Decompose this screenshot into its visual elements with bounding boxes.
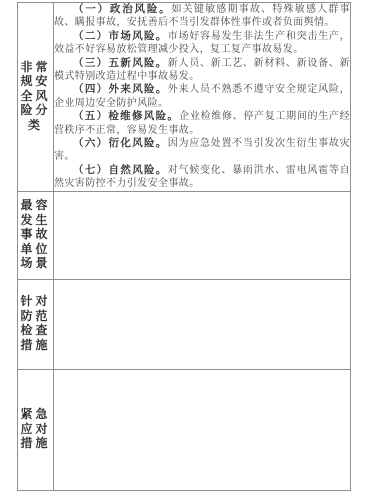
header-cell-risk-classification: 非常规安全风险分类 [18,3,54,192]
risk-paragraph: （四）外来风险。外来人员不熟悉不遵守安全规定风险，企业周边安全防护风险。 [54,83,350,110]
risk-form-table: 非常规安全风险分类 （一）政治风险。如关键敏感期事故、特殊敏感人群事故、瞒报事故… [17,2,351,491]
risk-title: （七）自然风险。 [73,165,168,176]
risk-paragraph: （六）衍化风险。因为应急处置不当引发次生衍生事故灾害。 [54,137,350,164]
risk-title: （二）市场风险。 [73,31,168,42]
risk-title: （四）外来风险。 [73,84,168,95]
risk-paragraph: （七）自然风险。对气候变化、暴雨洪水、雷电风雹等自然灾害防控不力引发安全事故。 [54,164,350,191]
risk-title: （一）政治风险。 [73,4,171,15]
row-header-accident-scenarios: 最容发生事故单位场景 [21,198,51,271]
risk-paragraph: （一）政治风险。如关键敏感期事故、特殊敏感人群事故、瞒报事故，安抚善后不当引发群… [54,3,350,30]
risk-paragraph: （三）五新风险。新人员、新工艺、新材料、新设备、新模式特别改造过程中事故易发。 [54,57,350,84]
header-cell-accident-scenarios: 最容发生事故单位场景 [18,191,54,279]
table-row-risk-classification: 非常规安全风险分类 （一）政治风险。如关键敏感期事故、特殊敏感人群事故、瞒报事故… [18,3,351,192]
risk-title: （五）检维修风险。 [73,111,179,122]
emergency-response-empty-cell [54,369,351,490]
accident-scenarios-empty-cell [54,191,351,279]
table-row-accident-scenarios: 最容发生事故单位场景 [18,191,351,279]
row-header-emergency-response: 紧急应对措施 [21,407,51,451]
risk-title: （三）五新风险。 [73,58,168,69]
row-header-risk-classification: 非常规安全风险分类 [21,60,51,133]
header-cell-prevention-inspection: 针对防范检查措施 [18,279,54,369]
table-row-emergency-response: 紧急应对措施 [18,369,351,490]
prevention-inspection-empty-cell [54,279,351,369]
risk-paragraph: （五）检维修风险。企业检维修、停产复工期间的生产经营秩序不正常，容易发生事故。 [54,110,350,137]
row-header-prevention-inspection: 针对防范检查措施 [21,294,51,352]
risk-classification-content-cell: （一）政治风险。如关键敏感期事故、特殊敏感人群事故、瞒报事故，安抚善后不当引发群… [54,3,351,192]
table-row-prevention-inspection: 针对防范检查措施 [18,279,351,369]
header-cell-emergency-response: 紧急应对措施 [18,369,54,490]
risk-title: （六）衍化风险。 [73,138,168,149]
document-page: 非常规安全风险分类 （一）政治风险。如关键敏感期事故、特殊敏感人群事故、瞒报事故… [0,0,366,495]
risk-paragraph: （二）市场风险。市场好容易发生非法生产和突击生产，效益不好容易放松管理减少投入，… [54,30,350,57]
